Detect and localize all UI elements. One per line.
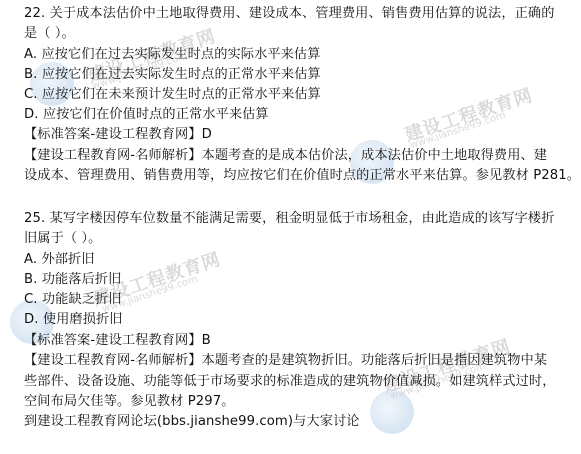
question-25-analysis-line2: 些部件、设备设施、功能等低于市场要求的标准造成的建筑物价值减损。如建筑样式过时， — [24, 372, 556, 392]
question-22-option-b: B. 应按它们在过去实际发生时点的正常水平来估算 — [24, 65, 321, 85]
watermark-name: 建设工程教育网 — [401, 81, 536, 147]
question-25-option-c: C. 功能缺乏折旧 — [24, 290, 122, 310]
question-22-option-c: C. 应按它们在未来预计发生时点的正常水平来估算 — [24, 85, 321, 105]
question-22-answer: 【标准答案-建设工程教育网】D — [24, 125, 212, 145]
question-22-analysis-line1: 【建设工程教育网-名师解析】本题考查的是成本估价法，成本法估价中土地取得费用、建 — [24, 146, 547, 166]
question-22-stem-line2: 是（ ）。 — [24, 24, 75, 44]
document-page: 建设工程教育网 www.jianshe99.com 建设工程教育网 www.ji… — [0, 0, 581, 454]
question-22-analysis-line2: 设成本、管理费用、销售费用等，均应按它们在价值时点的正常水平来估算。参见教材 P… — [24, 166, 580, 186]
question-25-analysis-line3: 空间布局欠佳等。参见教材 P297。 — [24, 392, 235, 412]
question-22-stem-line1: 22. 关于成本法估价中土地取得费用、建设成本、管理费用、销售费用估算的说法，正… — [24, 4, 555, 24]
question-22-option-a: A. 应按它们在过去实际发生时点的实际水平来估算 — [24, 45, 321, 65]
question-25-option-d: D. 使用磨损折旧 — [24, 310, 123, 330]
question-25-analysis-line1: 【建设工程教育网-名师解析】本题考查的是建筑物折旧。功能落后折旧是指因建筑物中某 — [24, 351, 547, 371]
question-22-option-d: D. 应按它们在价值时点的正常水平来估算 — [24, 105, 269, 125]
forum-discussion-link[interactable]: 到建设工程教育网论坛(bbs.jianshe99.com)与大家讨论 — [24, 412, 360, 432]
question-25-answer: 【标准答案-建设工程教育网】B — [24, 331, 211, 351]
question-25-option-a: A. 外部折旧 — [24, 250, 95, 270]
watermark-logo-icon — [370, 390, 414, 434]
question-25-stem-line2: 旧属于（ ）。 — [24, 229, 101, 249]
question-25-option-b: B. 功能落后折旧 — [24, 270, 121, 290]
watermark-url: www.jianshe99.com — [409, 110, 507, 151]
question-25-stem-line1: 25. 某写字楼因停车位数量不能满足需要，租金明显低于市场租金，由此造成的该写字… — [24, 209, 555, 229]
